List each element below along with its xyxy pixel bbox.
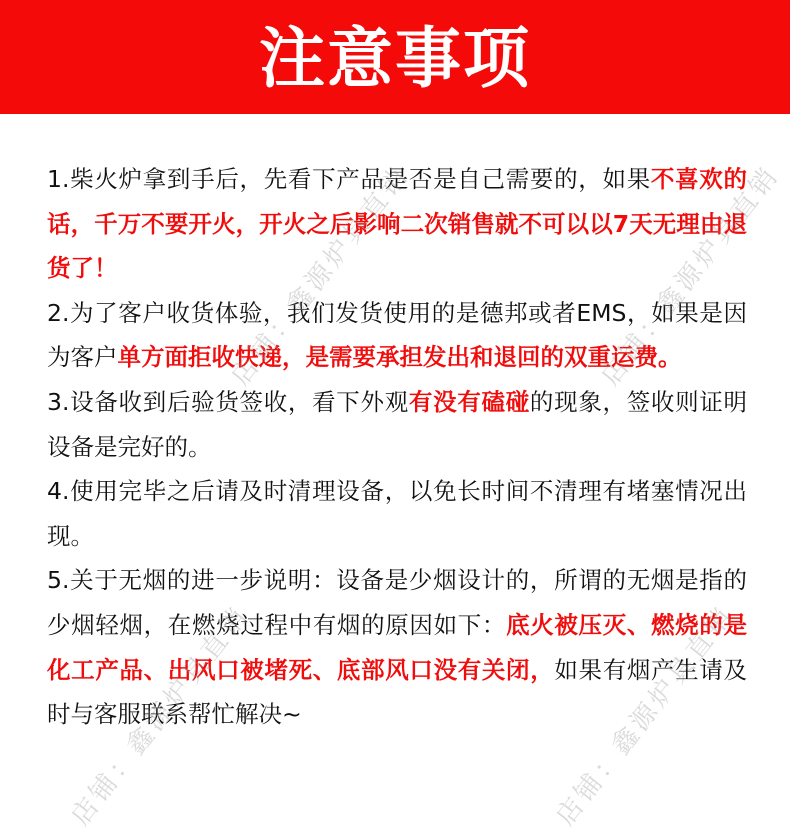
- note-4-text: 4.使用完毕之后请及时清理设备，以免长时间不清理有堵塞情况出现。: [47, 477, 747, 550]
- note-2-warning: 单方面拒收快递，是需要承担发出和退回的双重运费。: [118, 343, 682, 371]
- note-3: 3.设备收到后验货签收，看下外观有没有磕碰的现象，签收则证明设备是完好的。: [47, 380, 747, 469]
- note-3-text-a: 3.设备收到后验货签收，看下外观: [47, 388, 409, 416]
- note-3-warning: 有没有磕碰: [409, 388, 530, 416]
- note-1: 1.柴火炉拿到手后，先看下产品是否是自己需要的，如果不喜欢的话，千万不要开火，开…: [47, 157, 747, 291]
- note-5: 5.关于无烟的进一步说明：设备是少烟设计的，所谓的无烟是指的少烟轻烟，在燃烧过程…: [47, 558, 747, 736]
- header-banner: 注意事项: [0, 0, 790, 114]
- note-2: 2.为了客户收货体验，我们发货使用的是德邦或者EMS，如果是因为客户单方面拒收快…: [47, 291, 747, 380]
- page-title: 注意事项: [259, 26, 531, 92]
- note-4: 4.使用完毕之后请及时清理设备，以免长时间不清理有堵塞情况出现。: [47, 469, 747, 558]
- notes-list: 1.柴火炉拿到手后，先看下产品是否是自己需要的，如果不喜欢的话，千万不要开火，开…: [47, 157, 747, 737]
- note-1-text: 1.柴火炉拿到手后，先看下产品是否是自己需要的，如果: [47, 165, 651, 193]
